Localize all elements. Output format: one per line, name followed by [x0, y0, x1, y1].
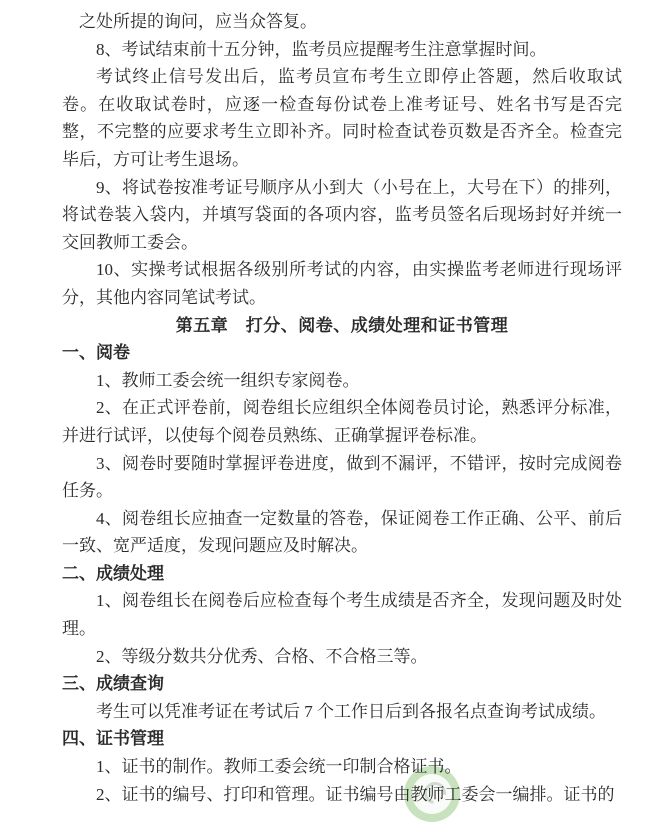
paragraph: 1、阅卷组长在阅卷后应检查每个考生成绩是否齐全，发现问题及时处理。 — [62, 587, 622, 642]
document-body: 之处所提的询问，应当众答复。 8、考试结束前十五分钟，监考员应提醒考生注意掌握时… — [62, 8, 622, 808]
paragraph: 2、证书的编号、打印和管理。证书编号由教师工委会一编排。证书的 — [62, 781, 622, 809]
paragraph-item-10: 10、实操考试根据各级别所考试的内容，由实操监考老师进行现场评分，其他内容同笔试… — [62, 256, 622, 311]
paragraph-continuation: 之处所提的询问，应当众答复。 — [62, 8, 622, 36]
section-heading-marking: 一、阅卷 — [62, 339, 622, 367]
section-heading-certificate-management: 四、证书管理 — [62, 725, 622, 753]
paragraph: 1、教师工委会统一组织专家阅卷。 — [62, 367, 622, 395]
paragraph: 2、在正式评卷前，阅卷组长应组织全体阅卷员讨论，熟悉评分标准，并进行试评，以使每… — [62, 394, 622, 449]
paragraph: 4、阅卷组长应抽查一定数量的答卷，保证阅卷工作正确、公平、前后一致、宽严适度，发… — [62, 505, 622, 560]
section-heading-score-inquiry: 三、成绩查询 — [62, 670, 622, 698]
paragraph: 1、证书的制作。教师工委会统一印制合格证书。 — [62, 753, 622, 781]
paragraph-item-9: 9、将试卷按准考证号顺序从小到大（小号在上，大号在下）的排列，将试卷装入袋内，并… — [62, 174, 622, 257]
paragraph: 3、阅卷时要随时掌握评卷进度，做到不漏评，不错评，按时完成阅卷任务。 — [62, 450, 622, 505]
document-page: 之处所提的询问，应当众答复。 8、考试结束前十五分钟，监考员应提醒考生注意掌握时… — [0, 0, 668, 832]
paragraph: 2、等级分数共分优秀、合格、不合格三等。 — [62, 643, 622, 671]
section-heading-score-processing: 二、成绩处理 — [62, 560, 622, 588]
paragraph-item-8: 8、考试结束前十五分钟，监考员应提醒考生注意掌握时间。 — [62, 36, 622, 64]
paragraph: 考生可以凭准考证在考试后 7 个工作日后到各报名点查询考试成绩。 — [62, 698, 622, 726]
paragraph-collect-papers: 考试终止信号发出后，监考员宣布考生立即停止答题，然后收取试卷。在收取试卷时，应逐… — [62, 63, 622, 173]
chapter-heading: 第五章 打分、阅卷、成绩处理和证书管理 — [62, 312, 622, 340]
